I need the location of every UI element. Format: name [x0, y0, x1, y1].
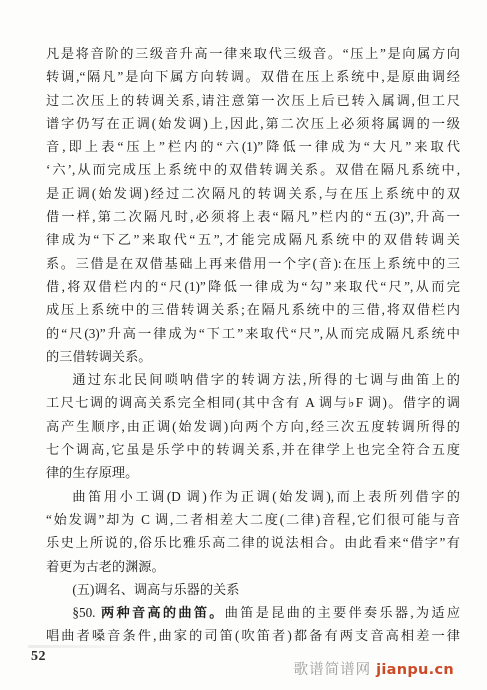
text-line: 的“尺(3)”升高一律成为“下工”来取代“尺”,从而完成隔凡系统中	[46, 322, 460, 345]
book-page: 凡是将音阶的三级音升高一律来取代三级音。“压上”是向属方向 转调,“隔凡”是向下…	[0, 0, 487, 690]
text-line: 借,将双借栏内的“尺(1)”降低一律成为“勾”来取代“尺”,从而完	[46, 275, 460, 298]
text-line: 工尺七调的调高关系完全相同(其中含有 A 调与♭F 调)。借字的调	[46, 391, 460, 414]
text-line: 律成为“下乙”来取代“五”,才能完成隔凡系统中的双借转调关	[46, 228, 460, 251]
text-run: 曲笛是昆曲的主要伴奏乐器,为适应	[225, 605, 460, 620]
text-line: 着更为古老的渊源。	[46, 555, 460, 578]
section-heading: (五)调名、调高与乐器的关系	[46, 578, 460, 601]
text-line: 高产生顺序,由正调(始发调)向两个方向,经三次五度转调所得的	[46, 415, 460, 438]
text-line: 的三借转调关系。	[46, 345, 460, 368]
text-line: 转调,“隔凡”是向下属方向转调。双借在压上系统中,是原曲调经	[46, 65, 460, 88]
text-line: 系。三借是在双借基础上再来借用一个字(音):在压上系统中的三	[46, 252, 460, 275]
text-line: “始发调”却为 C 调,二者相差大二度(二律)音程,它们很可能与音	[46, 508, 460, 531]
text-line: 乐史上所说的,俗乐比雅乐高二律的说法相合。由此看来“借字”有	[46, 531, 460, 554]
text-line: ‘六’,从而完成压上系统中的双借转调关系。双借在隔凡系统中,	[46, 158, 460, 181]
text-line: 过二次压上的转调关系,请注意第一次压上后已转入属调,但工尺	[46, 89, 460, 112]
text-line: 凡是将音阶的三级音升高一律来取代三级音。“压上”是向属方向	[46, 42, 460, 65]
text-line: 是正调(始发调)经过二次隔凡的转调关系,与在压上系统中的双	[46, 182, 460, 205]
watermark-site-name: 歌谱简谱网	[294, 662, 372, 678]
text-line: 音,即上表“压上”栏内的“六(1)”降低一律成为“大凡”来取代	[46, 135, 460, 158]
text-line: 七个调高,它虽是乐学中的转调关系,并在律学上也完全符合五度	[46, 438, 460, 461]
text-line: 成压上系统中的三借转调关系;在隔凡系统中的三借,将双借栏内	[46, 298, 460, 321]
text-block: 凡是将音阶的三级音升高一律来取代三级音。“压上”是向属方向 转调,“隔凡”是向下…	[46, 42, 460, 648]
text-line: 曲笛用小工调(D 调)作为正调(始发调),而上表所列借字的	[46, 485, 460, 508]
text-line: §50. 两种音高的曲笛。曲笛是昆曲的主要伴奏乐器,为适应	[46, 601, 460, 624]
section-number: §50.	[72, 605, 101, 620]
scan-artifact	[28, 645, 124, 648]
watermark-domain: jianpu.cn	[376, 662, 454, 678]
text-line: 谱字仍写在正调(始发调)上,因此,第二次压上必须将属调的一级	[46, 112, 460, 135]
page-number: 52	[31, 649, 46, 665]
text-line: 借一样,第二次隔凡时,必须将上表“隔凡”栏内的“五(3)”,升高一	[46, 205, 460, 228]
section-title: 两种音高的曲笛。	[101, 605, 225, 620]
watermark: 歌谱简谱网jianpu.cn	[294, 660, 454, 680]
text-line: 律的生存原理。	[46, 461, 460, 484]
text-line: 通过东北民间唢呐借字的转调方法,所得的七调与曲笛上的	[46, 368, 460, 391]
